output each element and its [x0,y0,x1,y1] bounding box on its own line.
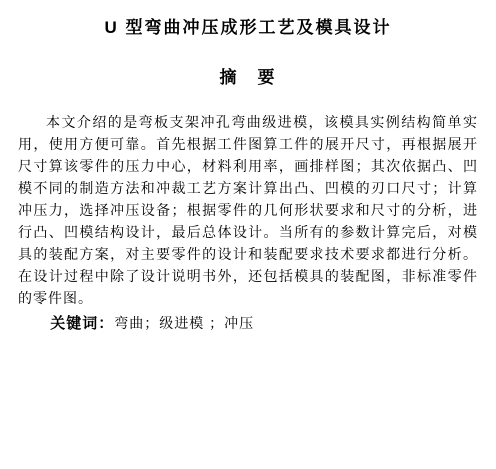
abstract-page: U 型弯曲冲压成形工艺及模具设计 摘 要 本文介绍的是弯板支架冲孔弯曲级进模，该… [0,0,496,469]
keywords-line: 关键词：弯曲；级进模 ；冲压 [18,312,478,335]
abstract-paragraph: 本文介绍的是弯板支架冲孔弯曲级进模，该模具实例结构简单实用，使用方便可靠。首先根… [18,111,478,309]
doc-title: U 型弯曲冲压成形工艺及模具设计 [18,17,478,38]
abstract-heading: 摘 要 [18,68,478,88]
keywords-label: 关键词： [50,315,114,332]
keywords-text: 弯曲；级进模 ；冲压 [114,315,254,331]
